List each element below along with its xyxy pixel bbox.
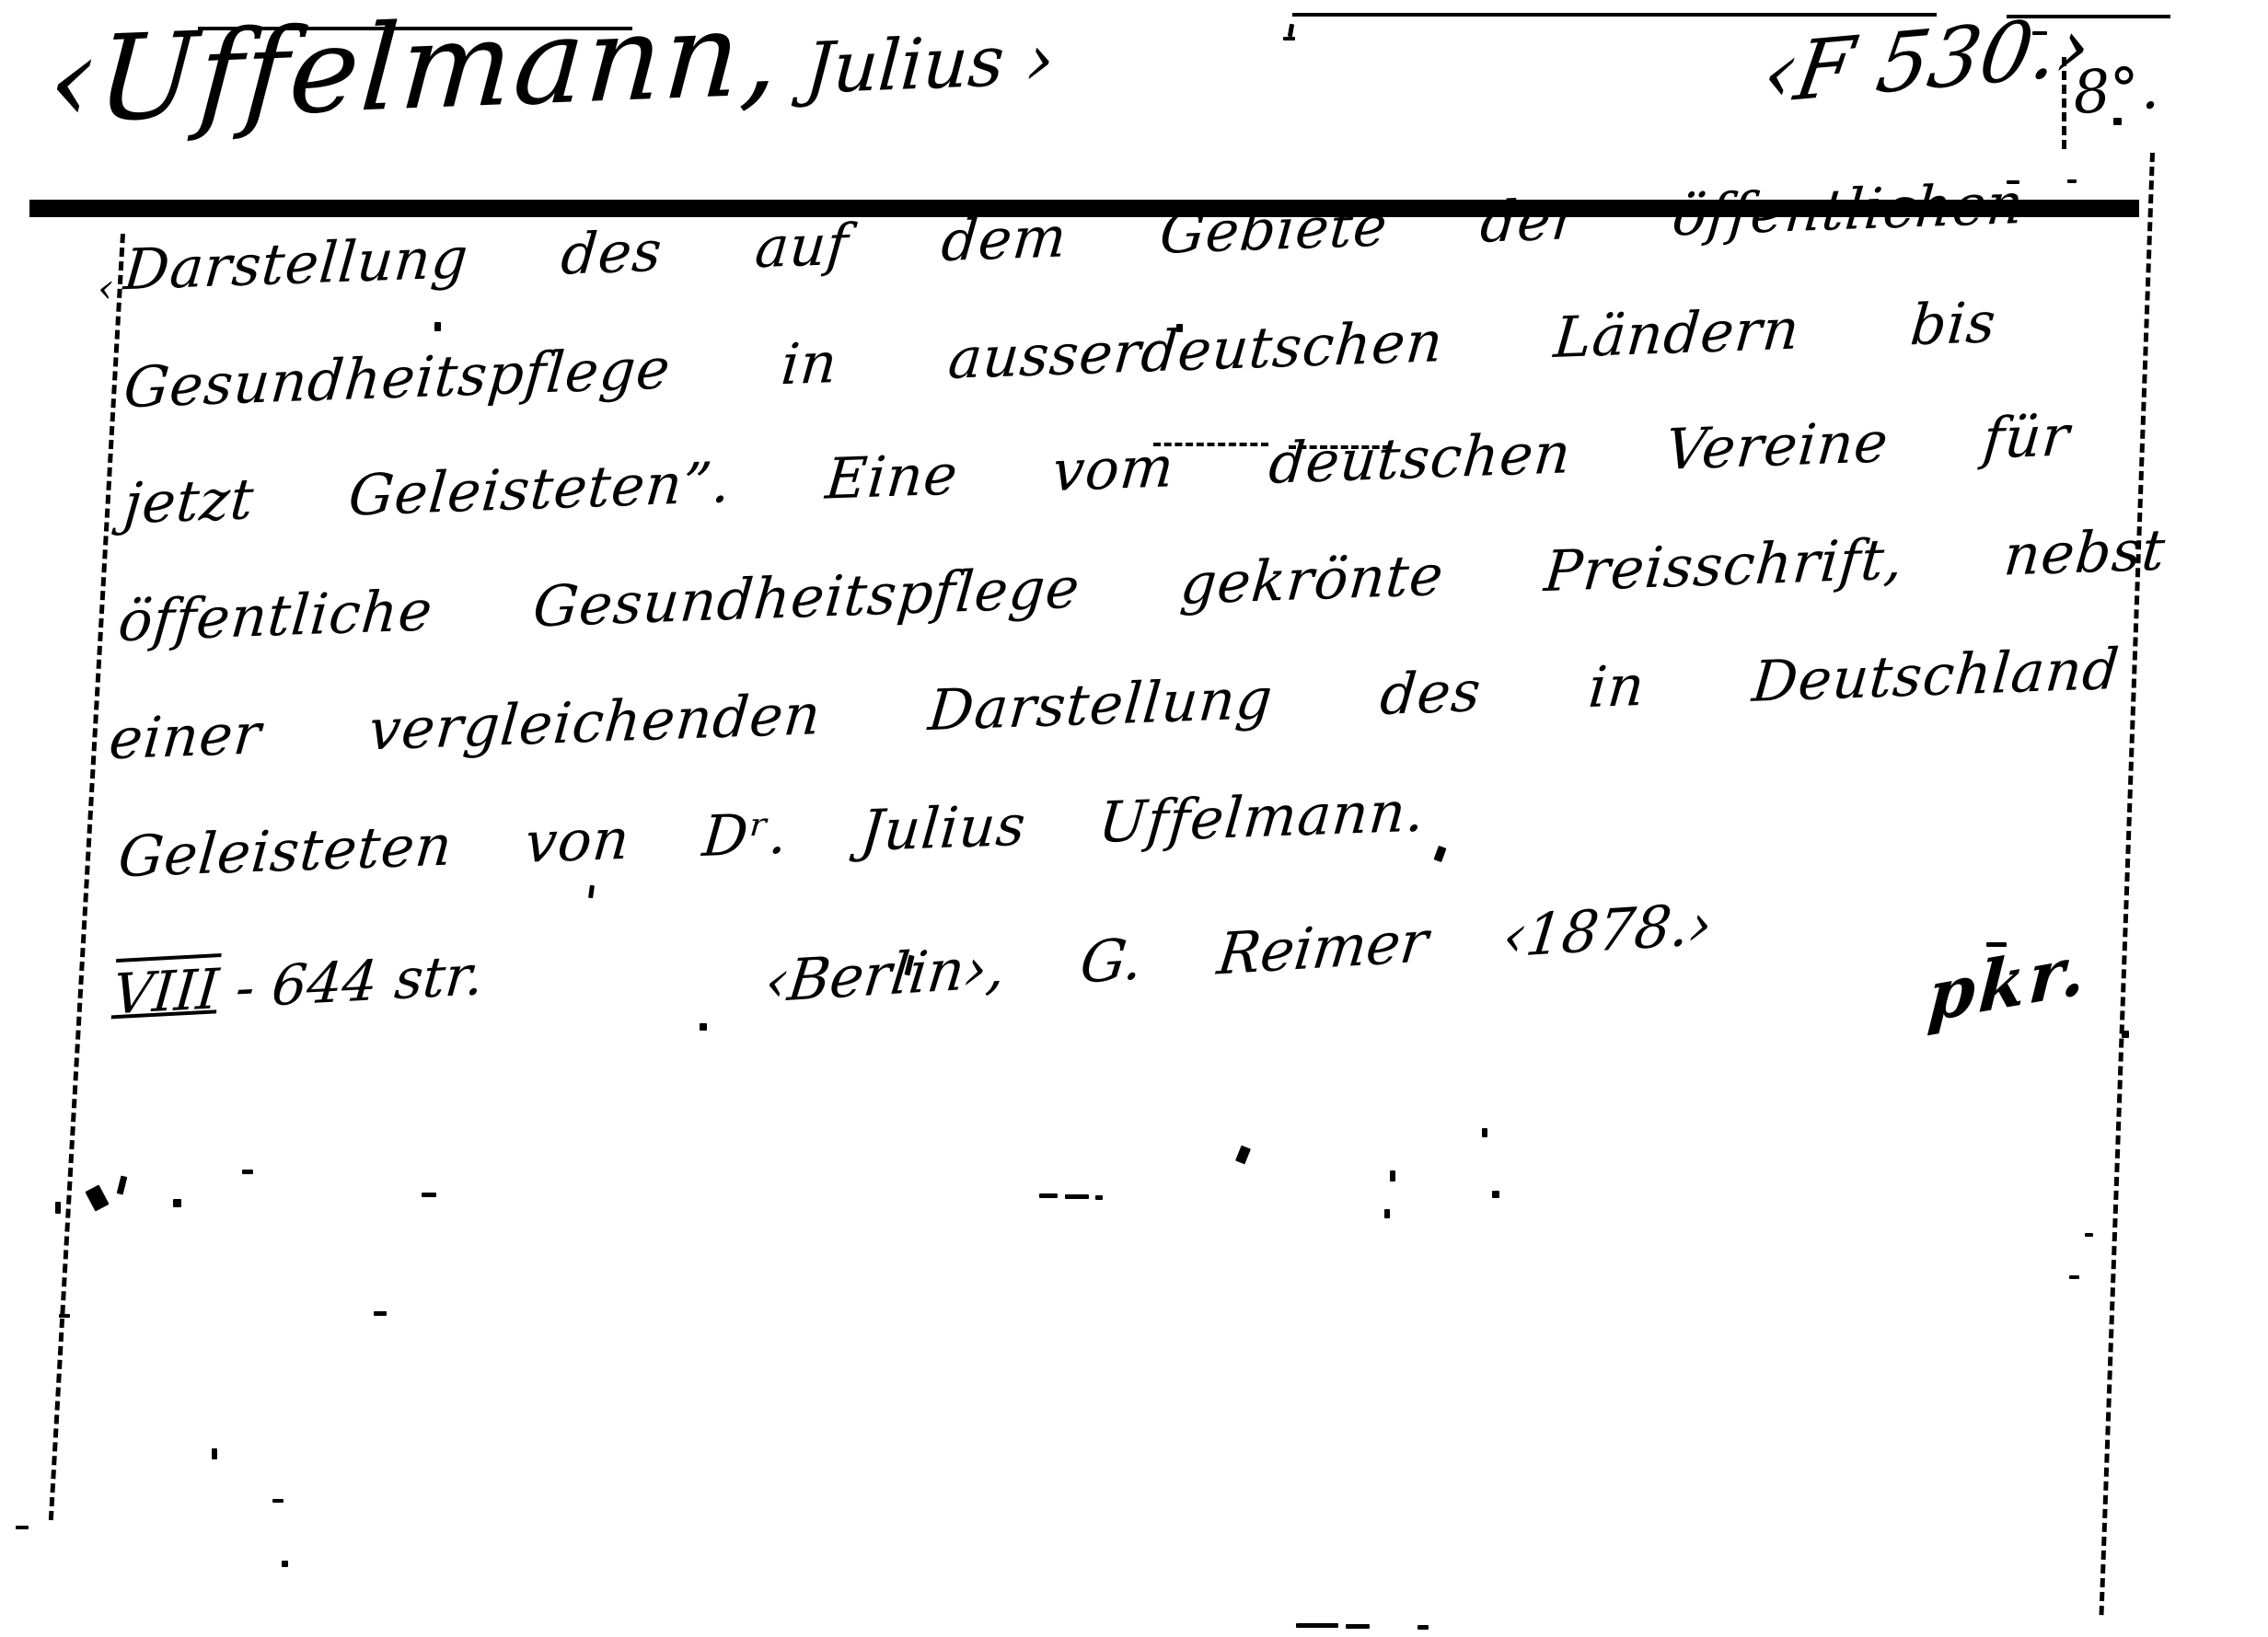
- collation-roman-numeral: VIII: [110, 957, 221, 1027]
- ink-speck: [1235, 1146, 1251, 1165]
- ink-speck: [1346, 1624, 1370, 1629]
- ink-speck: [272, 1499, 283, 1503]
- ink-speck: [1384, 1209, 1390, 1218]
- imprint: ‹Berlin›, G. Reimer ‹1878.›: [762, 890, 1716, 1016]
- ink-speck: [1492, 1191, 1499, 1198]
- right-margin-line: [2100, 153, 2155, 1615]
- ink-speck: [1095, 1195, 1103, 1200]
- annotation-mark: pkr.: [1926, 928, 2091, 1038]
- shelfmark-divider-line: [2062, 57, 2066, 149]
- ink-speck: [173, 1199, 181, 1207]
- ink-speck: [1417, 1625, 1429, 1630]
- ink-speck: [16, 1526, 29, 1529]
- ink-speck: [117, 1175, 128, 1194]
- stray-dash-line: [1289, 445, 1390, 449]
- ink-speck: [2032, 31, 2047, 35]
- author-heading: ‹Uffelmann,Julius ›: [44, 0, 1059, 150]
- ink-speck: [2085, 1233, 2093, 1237]
- ink-speck: [2067, 179, 2077, 183]
- author-surname: ‹Uffelmann,: [44, 0, 785, 150]
- ink-speck: [55, 1202, 61, 1214]
- ink-speck: [1434, 846, 1447, 862]
- shelfmark: ‹F 530.›: [1756, 0, 2098, 122]
- ink-speck: [1176, 324, 1183, 332]
- ink-speck: [59, 1314, 70, 1318]
- ink-speck: [1296, 1623, 1338, 1628]
- stray-dash-line: [1153, 443, 1268, 446]
- ink-speck: [2007, 180, 2019, 184]
- ink-speck: [1288, 24, 1294, 38]
- collation: VIII - 644 str.: [110, 943, 486, 1027]
- ink-speck: [2122, 1031, 2129, 1038]
- ink-speck: [422, 1193, 436, 1197]
- ink-speck: [1482, 1128, 1487, 1137]
- ink-speck: [212, 1448, 217, 1459]
- ink-speck: [242, 1170, 253, 1174]
- catalog-card: ‹Uffelmann,Julius › ‹F 530.› 8°. ‹ Darst…: [0, 0, 2268, 1637]
- title-open-mark: ‹: [98, 265, 114, 312]
- ink-speck: [374, 1311, 387, 1316]
- left-margin-line: [49, 234, 125, 1520]
- title-line: Geleisteten von Dʳ. Julius Uffelmann.: [113, 778, 1429, 924]
- ink-speck: [1986, 942, 2007, 947]
- ink-speck: [700, 1023, 707, 1031]
- ink-speck: [1065, 1194, 1089, 1199]
- ink-speck: [85, 1184, 109, 1211]
- ink-speck: [282, 1561, 288, 1567]
- ink-speck: [1283, 37, 1295, 40]
- ink-speck: [2069, 1275, 2079, 1279]
- ink-speck: [2113, 118, 2122, 125]
- ink-speck: [1390, 1170, 1395, 1182]
- author-given-name: Julius ›: [803, 17, 1057, 110]
- ink-speck: [434, 322, 441, 331]
- ink-speck: [1039, 1193, 1058, 1198]
- top-edge-line: [1292, 13, 1937, 17]
- collation-pages: - 644 str.: [215, 943, 486, 1021]
